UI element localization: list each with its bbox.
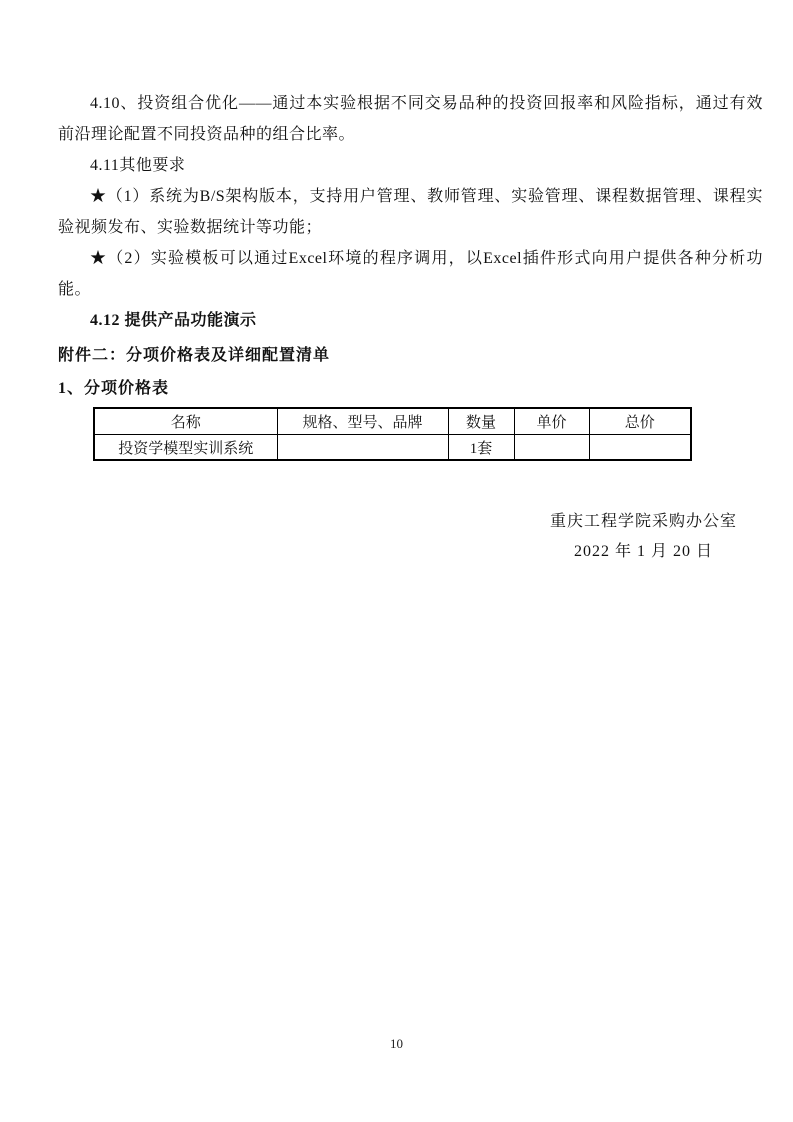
attachment-two-heading: 附件二：分项价格表及详细配置清单 [58, 340, 763, 371]
cell-quantity: 1套 [448, 435, 514, 461]
cell-unit-price [514, 435, 589, 461]
cell-spec [277, 435, 448, 461]
paragraph-star-1: ★（1）系统为B/S架构版本，支持用户管理、教师管理、实验管理、课程数据管理、课… [58, 181, 763, 243]
cell-item-name: 投资学模型实训系统 [94, 435, 277, 461]
price-table-row: 投资学模型实训系统 1套 [94, 435, 691, 461]
signature-organization: 重庆工程学院采购办公室 [550, 507, 737, 537]
page-number: 10 [0, 1036, 793, 1052]
column-header-name: 名称 [94, 408, 277, 435]
column-header-quantity: 数量 [448, 408, 514, 435]
paragraph-star-2: ★（2）实验模板可以通过Excel环境的程序调用，以Excel插件形式向用户提供… [58, 243, 763, 305]
signature-block: 重庆工程学院采购办公室 2022 年 1 月 20 日 [550, 507, 737, 567]
price-table: 名称 规格、型号、品牌 数量 单价 总价 投资学模型实训系统 1套 [93, 407, 692, 461]
signature-date: 2022 年 1 月 20 日 [550, 537, 737, 567]
column-header-spec: 规格、型号、品牌 [277, 408, 448, 435]
cell-total-price [589, 435, 691, 461]
paragraph-4-10: 4.10、投资组合优化——通过本实验根据不同交易品种的投资回报率和风险指标，通过… [58, 88, 763, 150]
price-table-caption: 1、分项价格表 [58, 373, 763, 404]
column-header-unit-price: 单价 [514, 408, 589, 435]
heading-4-12: 4.12 提供产品功能演示 [58, 305, 763, 336]
document-page: 4.10、投资组合优化——通过本实验根据不同交易品种的投资回报率和风险指标，通过… [0, 0, 793, 1122]
column-header-total-price: 总价 [589, 408, 691, 435]
heading-4-11: 4.11其他要求 [58, 150, 763, 181]
price-table-header-row: 名称 规格、型号、品牌 数量 单价 总价 [94, 408, 691, 435]
